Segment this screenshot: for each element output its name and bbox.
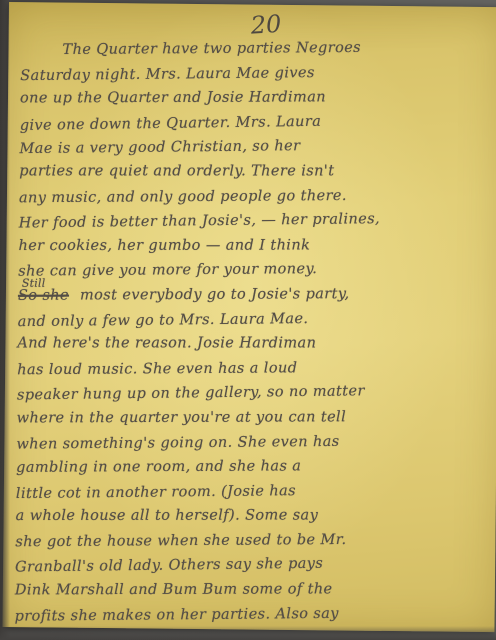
handwritten-line: Granball's old lady. Others say she pays xyxy=(15,550,489,580)
handwritten-line: And here's the reason. Josie Hardiman xyxy=(17,332,491,357)
handwritten-text-block: The Quarter have two parties Negroes Sat… xyxy=(14,34,494,629)
handwritten-line: little cot in another room. (Josie has xyxy=(16,477,490,507)
handwritten-line: The Quarter have two parties Negroes xyxy=(20,35,494,63)
handwritten-line: speaker hung up on the gallery, so no ma… xyxy=(17,378,491,408)
inserted-word: Still xyxy=(22,272,46,297)
page-number: 20 xyxy=(250,10,282,40)
handwritten-line-with-correction: So sheStill most everybody go to Josie's… xyxy=(18,281,492,308)
handwritten-line: when something's going on. She even has xyxy=(16,428,490,457)
handwritten-line: and only a few go to Mrs. Laura Mae. xyxy=(18,305,492,335)
handwritten-line: a whole house all to herself). Some say xyxy=(16,503,490,528)
handwritten-line: Dink Marshall and Bum Bum some of the xyxy=(15,577,489,603)
handwritten-line: Saturday night. Mrs. Laura Mae gives xyxy=(20,59,494,89)
handwritten-line: where in the quarter you're at you can t… xyxy=(17,405,491,431)
manuscript-paper: 20 The Quarter have two parties Negroes … xyxy=(2,2,496,632)
handwritten-line: gambling in one room, and she has a xyxy=(16,453,490,480)
handwritten-line: Mae is a very good Christian, so her xyxy=(19,132,493,162)
handwritten-line: profits she makes on her parties. Also s… xyxy=(15,600,489,629)
handwritten-line: Her food is better than Josie's, — her p… xyxy=(19,206,493,236)
handwritten-line: she can give you more for your money. xyxy=(18,256,492,285)
handwritten-line: her cookies, her gumbo — and I think xyxy=(18,233,492,258)
handwritten-line: parties are quiet and orderly. There isn… xyxy=(19,160,493,185)
line-rest-text: most everybody go to Josie's party, xyxy=(80,286,350,303)
